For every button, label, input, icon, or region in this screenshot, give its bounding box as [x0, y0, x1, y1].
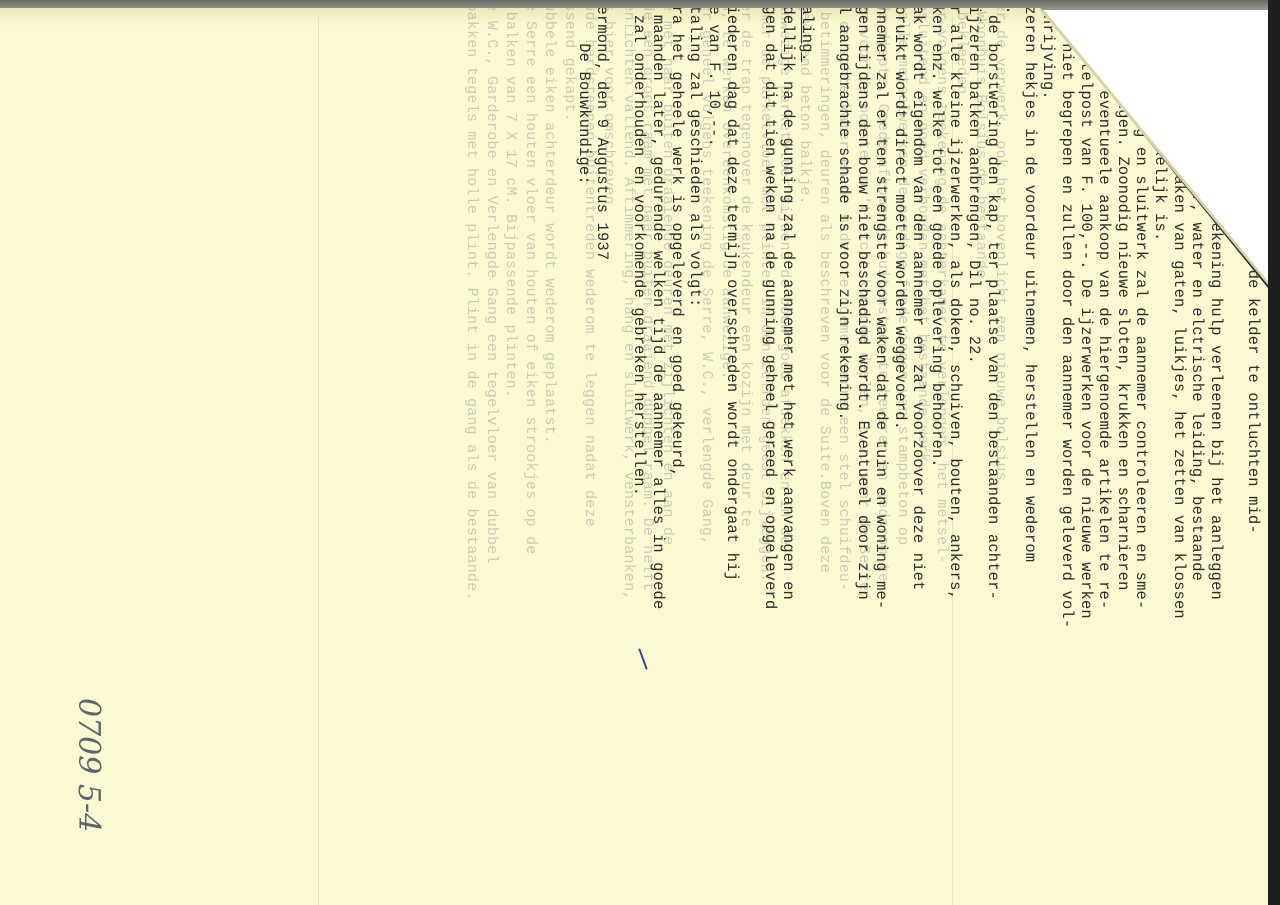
- document-line: zorg dragen dat dit tien weken na de gun…: [760, 0, 779, 628]
- bleed-through-line: noodige balken van 7 X 17 cM. Bijpassend…: [501, 0, 521, 601]
- document-line: De betaling zal geschieden als volgt:: [686, 0, 705, 628]
- document-page: Verder de verwerk, ook het bovenlicht ee…: [0, 8, 1268, 905]
- document-line: Onmiddellijk na de gunning zal de aannem…: [779, 0, 798, 628]
- document-line: [816, 0, 835, 628]
- bleed-through-line: hard gebakken tegels met holle plint. Pl…: [461, 0, 481, 601]
- document-line: 10% drie maanden later, gedurende welken…: [648, 0, 667, 628]
- bleed-through-line: De dubbele eiken achterdeur wordt wedero…: [540, 0, 560, 601]
- bleed-through-line: In de Serre een houten vloer van houten …: [520, 0, 540, 601]
- document-line: Voor iederen dag dat deze termijn oversc…: [723, 0, 742, 628]
- document-line: De aannemer zal er ten strengste voor wa…: [872, 0, 891, 628]
- document-line: De Bouwkundige:: [574, 0, 593, 628]
- handwritten-note: 0709 5-4: [71, 698, 106, 832]
- document-line: personeel aangebrachte schade is voor zi…: [834, 0, 853, 628]
- scanner-frame-right: [1268, 0, 1280, 905]
- document-line: kenen op een stelpost van F. 100,--. De …: [1076, 0, 1095, 628]
- document-line: Verder alle kleine ijzerwerken, als doke…: [946, 0, 965, 628]
- document-line: is.: [741, 0, 760, 628]
- paper-crease: [318, 16, 319, 905]
- document-line: gens omschrijving.: [1039, 0, 1058, 628]
- document-line: zijn hierin niet begrepen en zullen door…: [1057, 0, 1076, 628]
- pen-mark: [638, 648, 647, 669]
- document-line: plaatsen.: [1002, 0, 1021, 628]
- document-line: De ijzeren hekjes in de voordeur uitneme…: [1020, 0, 1039, 628]
- document-line: Tijdsbepaling.: [797, 0, 816, 628]
- document-line: weder gebruikt wordt direct moeten worde…: [890, 0, 909, 628]
- document-line: [611, 0, 630, 628]
- document-line: belendingen tijdens den bouw niet bescha…: [853, 0, 872, 628]
- document-line: winkelhaken enz. welke tot een goede opl…: [927, 0, 946, 628]
- bleed-through-line: In de W.C., Garderobe en Verlengde Gang …: [481, 0, 501, 601]
- document-line: Roermond, den 9 Augustus 1937: [593, 0, 612, 628]
- document-line: Onder de borstwering den kap, ter plaats…: [983, 0, 1002, 628]
- document-line: gevel 2 ijzeren balken aanbrengen, Dil n…: [965, 0, 984, 628]
- document-line: staat zal onderhouden en voorkomende geb…: [630, 0, 649, 628]
- document-line: een boete van F. 10,--.: [704, 0, 723, 628]
- document-line: Afbraak wordt eigendom van den aannemer …: [909, 0, 928, 628]
- document-line: 90% zoodra het geheele werk is opgelever…: [667, 0, 686, 628]
